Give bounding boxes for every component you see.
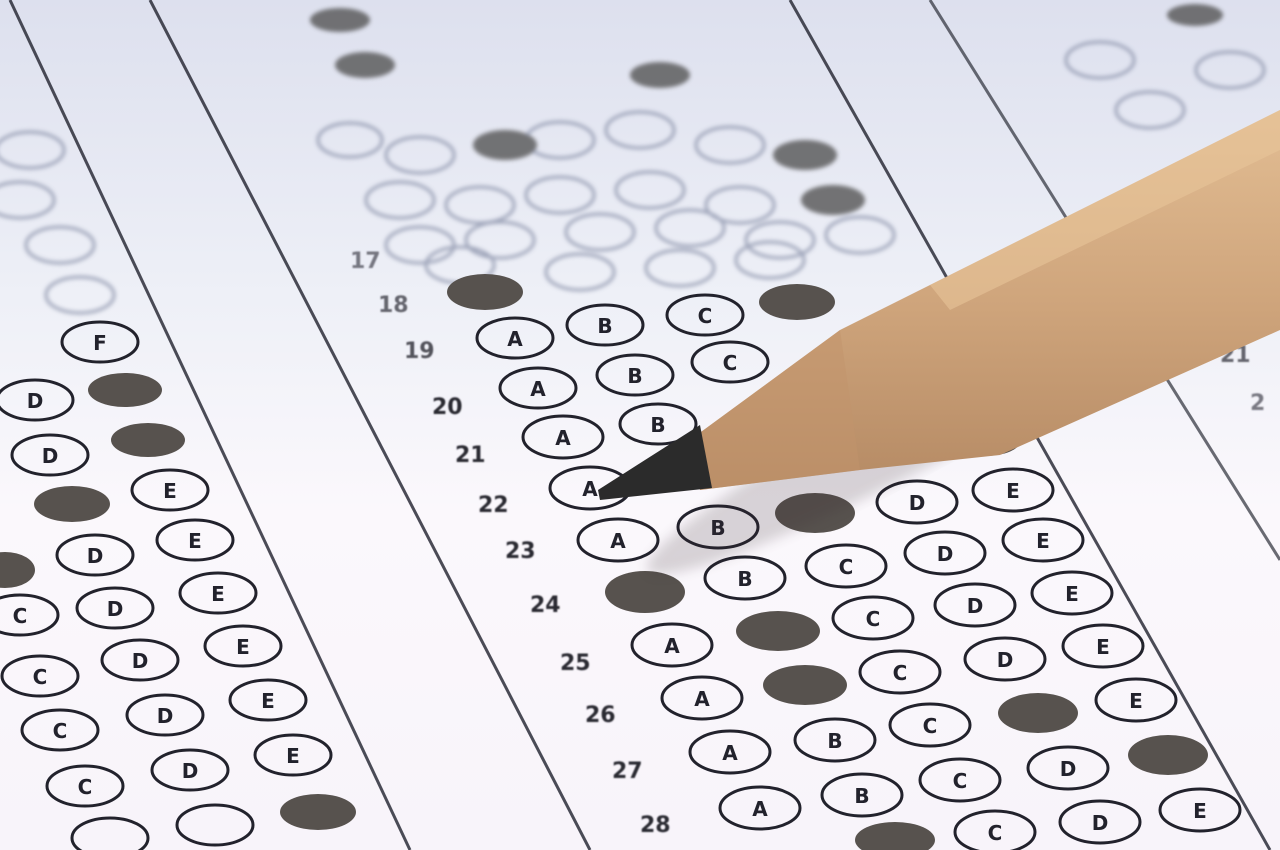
svg-text:D: D — [967, 594, 984, 618]
svg-text:C: C — [953, 769, 968, 793]
svg-text:C: C — [698, 304, 713, 328]
svg-text:B: B — [627, 364, 642, 388]
svg-text:C: C — [893, 661, 908, 685]
svg-text:D: D — [182, 759, 199, 783]
svg-text:19: 19 — [404, 339, 435, 364]
svg-text:B: B — [597, 314, 612, 338]
svg-text:E: E — [236, 635, 250, 659]
svg-text:C: C — [923, 714, 938, 738]
svg-text:E: E — [163, 479, 177, 503]
svg-text:D: D — [1092, 811, 1109, 835]
svg-text:18: 18 — [378, 293, 409, 318]
svg-text:C: C — [33, 665, 48, 689]
svg-text:C: C — [839, 555, 854, 579]
svg-text:B: B — [737, 567, 752, 591]
svg-text:A: A — [722, 741, 738, 765]
svg-text:D: D — [937, 542, 954, 566]
svg-text:A: A — [694, 687, 710, 711]
svg-text:D: D — [132, 649, 149, 673]
svg-text:E: E — [1006, 479, 1020, 503]
svg-text:17: 17 — [350, 249, 381, 274]
svg-text:26: 26 — [585, 703, 616, 728]
svg-text:A: A — [610, 529, 626, 553]
svg-text:20: 20 — [432, 395, 463, 420]
svg-text:A: A — [582, 477, 598, 501]
svg-text:D: D — [1060, 757, 1077, 781]
svg-text:C: C — [866, 607, 881, 631]
svg-text:C: C — [988, 821, 1003, 845]
svg-text:D: D — [157, 704, 174, 728]
paper-background — [0, 0, 1280, 850]
svg-text:21: 21 — [455, 443, 486, 468]
svg-text:E: E — [188, 529, 202, 553]
svg-text:A: A — [752, 797, 768, 821]
svg-text:27: 27 — [612, 759, 643, 784]
svg-text:A: A — [530, 377, 546, 401]
svg-text:E: E — [261, 689, 275, 713]
svg-text:F: F — [93, 331, 107, 355]
svg-text:25: 25 — [560, 651, 591, 676]
svg-text:C: C — [723, 351, 738, 375]
svg-text:28: 28 — [640, 813, 671, 838]
svg-text:C: C — [78, 775, 93, 799]
svg-text:E: E — [1036, 529, 1050, 553]
svg-text:D: D — [107, 597, 124, 621]
svg-text:C: C — [53, 719, 68, 743]
svg-text:E: E — [286, 744, 300, 768]
svg-text:B: B — [854, 784, 869, 808]
svg-text:A: A — [555, 426, 571, 450]
svg-text:24: 24 — [530, 593, 561, 618]
svg-text:22: 22 — [478, 493, 509, 518]
photo-canvas: 17 18 19 20 21 22 23 24 25 26 27 28 21 2 — [0, 0, 1280, 850]
svg-text:E: E — [1129, 689, 1143, 713]
svg-text:E: E — [1193, 799, 1207, 823]
svg-text:B: B — [827, 729, 842, 753]
svg-text:23: 23 — [505, 539, 536, 564]
svg-text:D: D — [27, 389, 44, 413]
svg-text:2: 2 — [1250, 391, 1265, 416]
svg-text:C: C — [13, 604, 28, 628]
answer-sheet-photo: 17 18 19 20 21 22 23 24 25 26 27 28 21 2 — [0, 0, 1280, 850]
svg-text:E: E — [1096, 635, 1110, 659]
svg-text:D: D — [997, 648, 1014, 672]
svg-text:D: D — [42, 444, 59, 468]
svg-text:A: A — [507, 327, 523, 351]
svg-text:A: A — [664, 634, 680, 658]
svg-text:E: E — [1065, 582, 1079, 606]
svg-text:E: E — [211, 582, 225, 606]
svg-text:D: D — [87, 544, 104, 568]
svg-text:B: B — [650, 413, 665, 437]
svg-text:D: D — [909, 491, 926, 515]
